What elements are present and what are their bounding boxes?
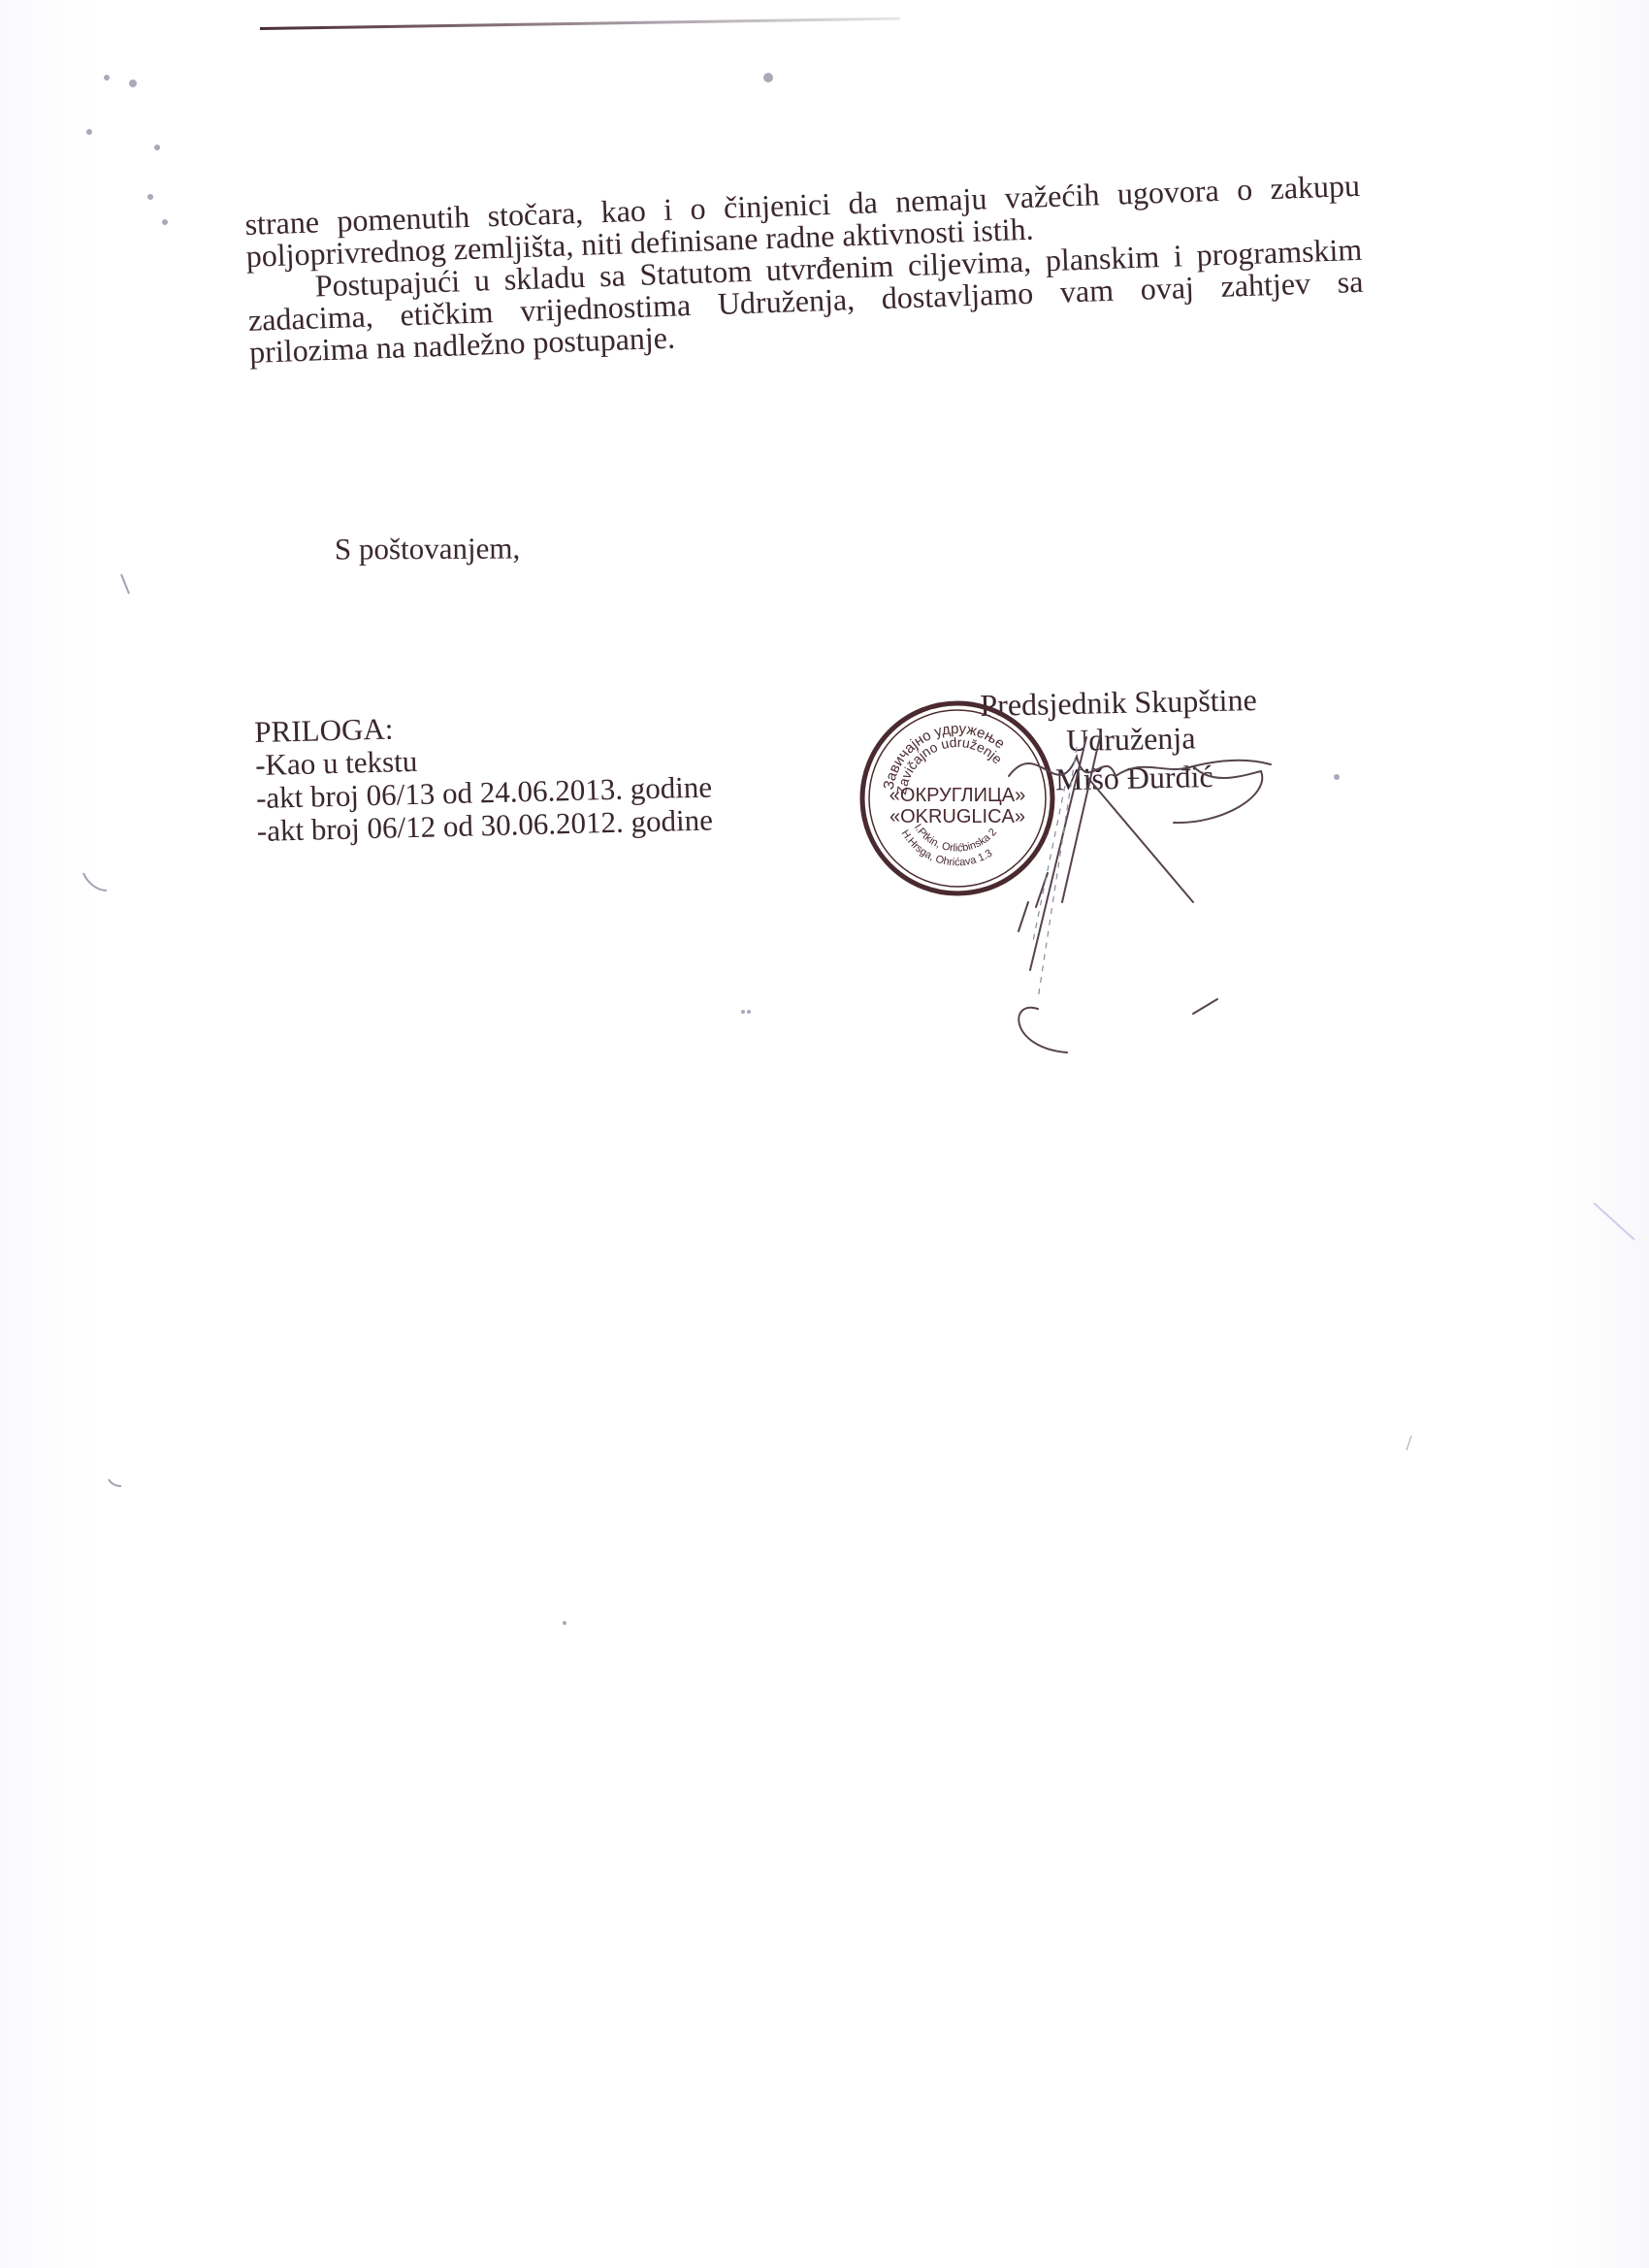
top-rule-divider xyxy=(260,17,900,30)
letter-body: strane pomenutih stočara, kao i o činjen… xyxy=(244,170,1374,369)
closing-salutation: S poštovanjem, xyxy=(335,531,520,567)
scanned-page: strane pomenutih stočara, kao i o činjen… xyxy=(0,0,1649,2268)
svg-text:«ОКРУГЛИЦА»: «ОКРУГЛИЦА» xyxy=(889,785,1025,806)
official-stamp-icon: Завичајно удружење Zavičajno udruženje «… xyxy=(856,697,1059,900)
svg-text:«OKRUGLICA»: «OKRUGLICA» xyxy=(889,806,1025,827)
attachments-list: PRILOGA: -Kao u tekstu -akt broj 06/13 o… xyxy=(254,705,713,848)
